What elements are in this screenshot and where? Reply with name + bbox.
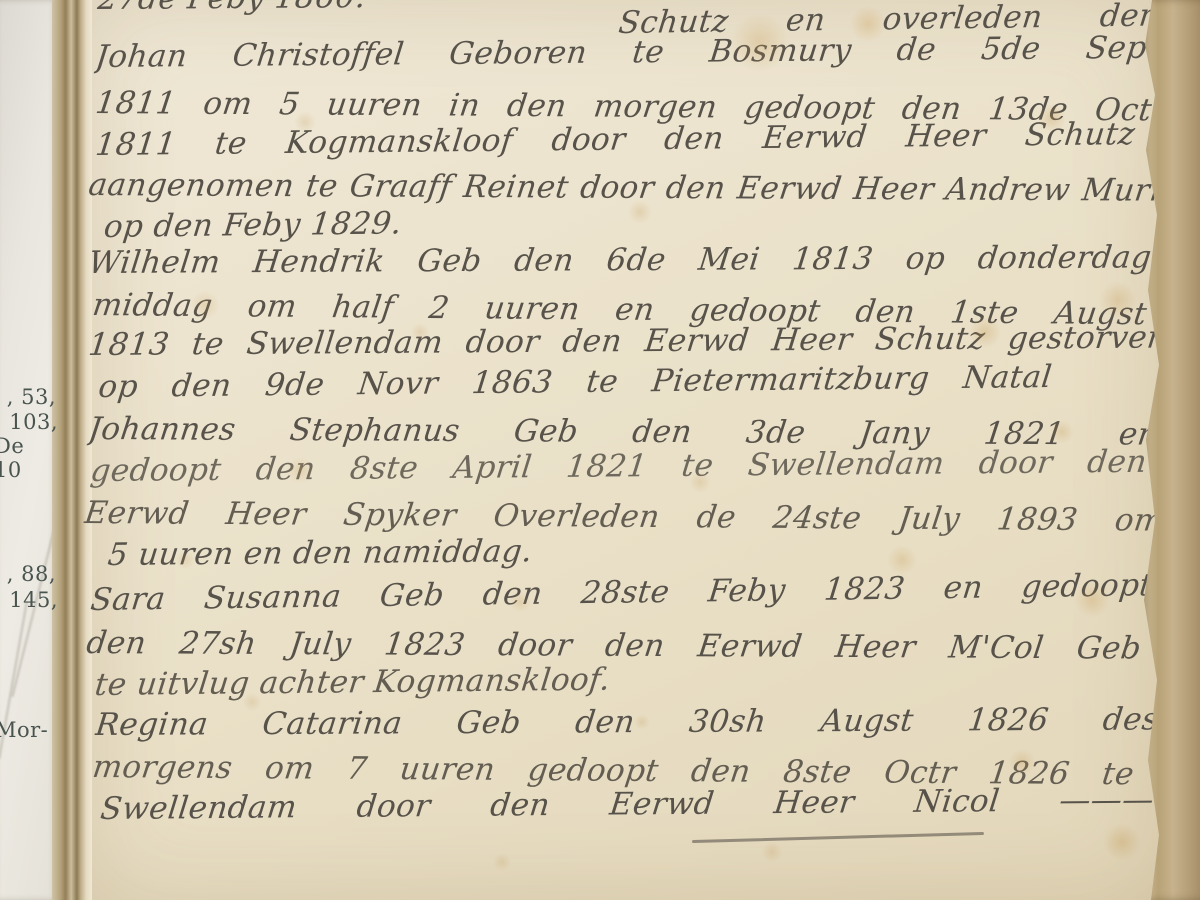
register-photo: , 53, 103, De 10 , 88, 145, Mor- 27de Fe… (0, 0, 1200, 900)
torn-right-edge (1140, 0, 1200, 900)
manuscript-line: Wilhelm Hendrik Geb den 6de Mei 1813 op … (86, 242, 1154, 290)
manuscript-line: Regina Catarina Geb den 30sh Augst 1826 … (93, 704, 1161, 752)
margin-print-fragment: 103, (0, 410, 58, 434)
margin-print-fragment: 145, (0, 588, 58, 612)
manuscript-line: op den Feby 1829. (102, 208, 403, 243)
margin-print-fragment: De 10 (0, 434, 52, 482)
margin-print-fragment: , 53, (0, 385, 56, 409)
manuscript-line: te uitvlug achter Kogmanskloof. (93, 665, 612, 701)
manuscript-line: 27de Feby 1860. (96, 0, 367, 15)
margin-print-fragment: Mor- (0, 718, 53, 742)
margin-print-fragment: , 88, (0, 562, 56, 586)
manuscript-line: 5 uuren en den namiddag. (106, 536, 534, 571)
